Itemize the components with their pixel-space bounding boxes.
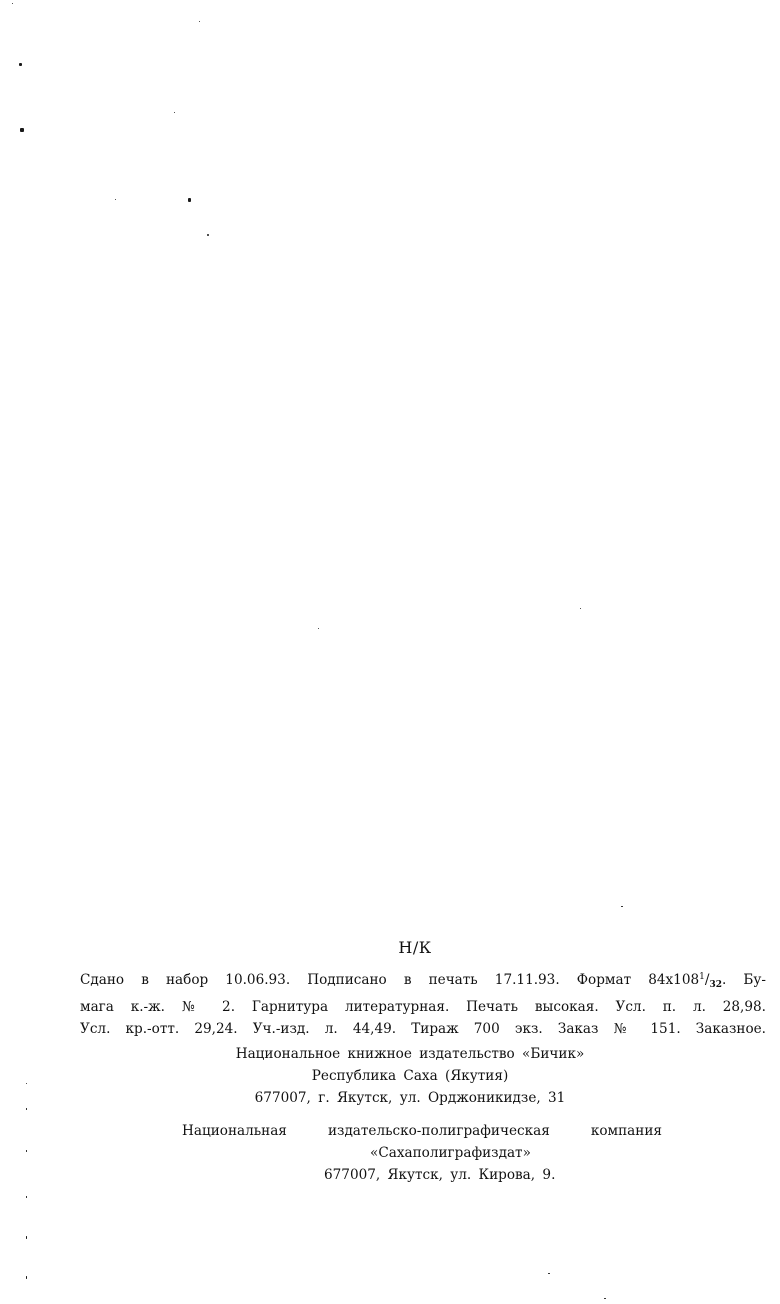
scan-speck: [199, 21, 200, 22]
scan-speck: [26, 1196, 27, 1198]
tech-line-1: Сдано в набор 10.06.93. Подписано в печа…: [80, 966, 766, 996]
technical-details: Сдано в набор 10.06.93. Подписано в печа…: [80, 966, 766, 1040]
tech-line-1-tail: . Бу-: [722, 972, 766, 988]
publisher-region: Республика Саха (Якутия): [0, 1065, 780, 1087]
scan-speck: [207, 234, 209, 236]
printer-block: Национальная издательско-полиграфическая…: [182, 1120, 662, 1186]
scan-speck: [12, 3, 13, 4]
scan-speck: [580, 608, 581, 609]
format-subscript: 32: [709, 980, 722, 990]
tech-line-1-text: Сдано в набор 10.06.93. Подписано в печа…: [80, 972, 699, 988]
scan-speck: [19, 63, 22, 66]
publisher-name: Национальное книжное издательство «Бичик…: [0, 1043, 780, 1065]
scan-speck: [318, 628, 319, 629]
scan-speck: [26, 1276, 27, 1279]
scan-speck: [188, 198, 191, 202]
printer-name: Национальная издательско-полиграфическая…: [182, 1120, 662, 1142]
scan-speck: [548, 1273, 550, 1274]
scan-speck: [174, 112, 175, 113]
scan-speck: [20, 128, 24, 132]
scan-speck: [26, 1150, 27, 1152]
publisher-address: 677007, г. Якутск, ул. Орджоникидзе, 31: [0, 1087, 780, 1109]
printer-address: 677007, Якутск, ул. Кирова, 9.: [182, 1164, 662, 1186]
scan-speck: [604, 1298, 606, 1299]
scan-speck: [26, 1236, 27, 1239]
scan-speck: [621, 906, 623, 907]
printer-brand: «Сахаполиграфиздат»: [182, 1142, 662, 1164]
tech-line-3: Усл. кр.-отт. 29,24. Уч.-изд. л. 44,49. …: [80, 1018, 766, 1040]
imprint-code: Н/К: [0, 938, 780, 957]
scanned-page: Н/К Сдано в набор 10.06.93. Подписано в …: [0, 0, 780, 1304]
scan-speck: [115, 199, 116, 200]
publisher-block: Национальное книжное издательство «Бичик…: [0, 1043, 780, 1109]
tech-line-2: мага к.-ж. № 2. Гарнитура литературная. …: [80, 996, 766, 1018]
